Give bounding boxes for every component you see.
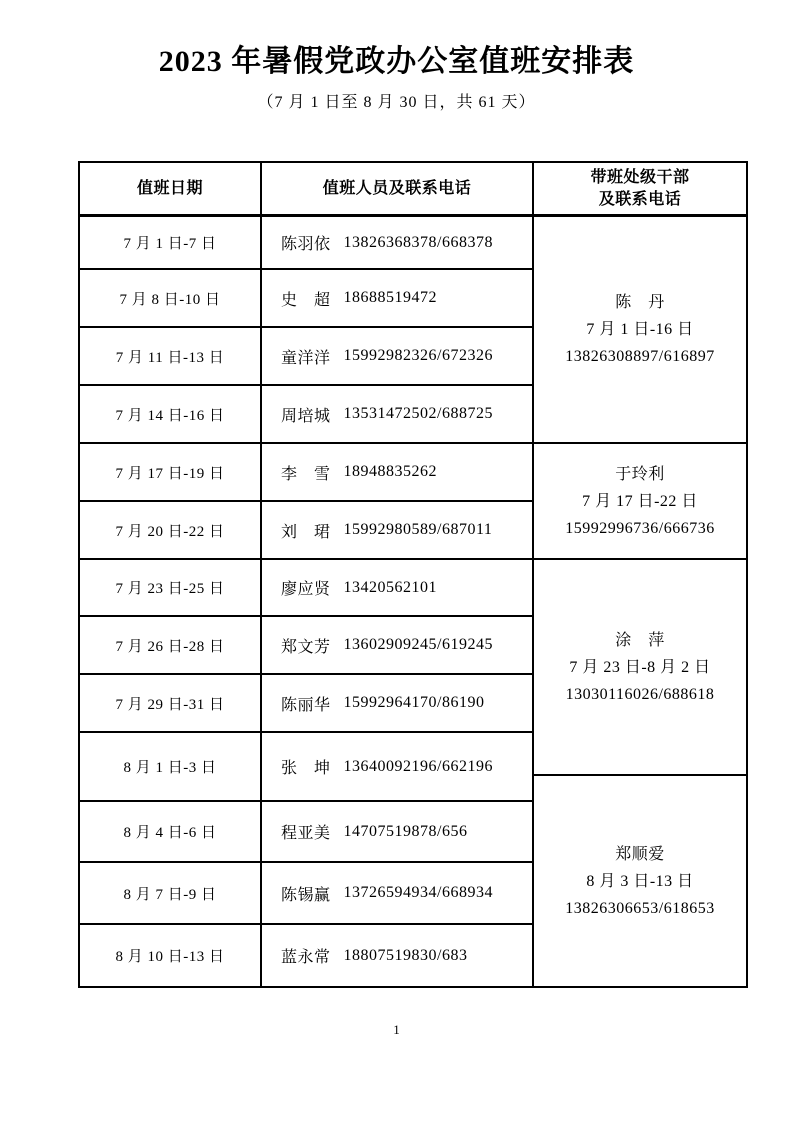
person-phone: 15992980589/687011: [344, 521, 493, 539]
person-cell: 陈锡赢 13726594934/668934: [262, 863, 532, 925]
page-number: 1: [0, 1022, 793, 1038]
header-supervisor-line2: 及联系电话: [599, 189, 682, 211]
column-duty-date: 值班日期 7 月 1 日-7 日 7 月 8 日-10 日 7 月 11 日-1…: [80, 163, 262, 986]
header-supervisor: 带班处级干部 及联系电话: [534, 163, 746, 217]
date-cell: 7 月 26 日-28 日: [80, 617, 260, 675]
person-name: 蓝永常: [281, 944, 331, 967]
person-cell: 刘 珺 15992980589/687011: [262, 502, 532, 560]
date-cell: 7 月 17 日-19 日: [80, 444, 260, 502]
person-phone: 18807519830/683: [344, 947, 468, 965]
header-supervisor-line1: 带班处级干部: [590, 167, 689, 189]
supervisor-cell: 郑顺爱 8 月 3 日-13 日 13826306653/618653: [534, 776, 746, 986]
date-cell: 8 月 4 日-6 日: [80, 802, 260, 863]
person-phone: 14707519878/656: [344, 823, 468, 841]
column-duty-person: 值班人员及联系电话 陈羽依 13826368378/668378 史 超 186…: [262, 163, 534, 986]
person-phone: 13602909245/619245: [344, 636, 493, 654]
person-name: 陈羽依: [281, 231, 331, 254]
supervisor-dates: 8 月 3 日-13 日: [586, 868, 693, 895]
person-name: 郑文芳: [281, 634, 331, 657]
supervisor-dates: 7 月 1 日-16 日: [586, 316, 693, 343]
supervisor-dates: 7 月 23 日-8 月 2 日: [569, 654, 710, 681]
supervisor-phone: 15992996736/666736: [565, 515, 714, 542]
supervisor-phone: 13030116026/688618: [566, 681, 715, 708]
supervisor-cell: 涂 萍 7 月 23 日-8 月 2 日 13030116026/688618: [534, 560, 746, 776]
header-duty-person: 值班人员及联系电话: [262, 163, 532, 217]
person-phone: 13420562101: [344, 579, 438, 597]
supervisor-name: 于玲利: [615, 461, 665, 488]
supervisor-cell: 于玲利 7 月 17 日-22 日 15992996736/666736: [534, 444, 746, 560]
person-cell: 蓝永常 18807519830/683: [262, 925, 532, 986]
person-name: 周培城: [281, 403, 331, 426]
document-page: 2023 年暑假党政办公室值班安排表 （7 月 1 日至 8 月 30 日，共 …: [0, 0, 793, 1122]
date-cell: 7 月 11 日-13 日: [80, 328, 260, 386]
date-cell: 8 月 1 日-3 日: [80, 733, 260, 802]
person-cell: 廖应贤 13420562101: [262, 560, 532, 617]
date-cell: 7 月 8 日-10 日: [80, 270, 260, 328]
person-cell: 周培城 13531472502/688725: [262, 386, 532, 444]
person-cell: 李 雪 18948835262: [262, 444, 532, 502]
supervisor-dates: 7 月 17 日-22 日: [582, 488, 698, 515]
date-cell: 7 月 14 日-16 日: [80, 386, 260, 444]
person-cell: 张 坤 13640092196/662196: [262, 733, 532, 802]
person-phone: 13726594934/668934: [344, 884, 493, 902]
person-name: 张 坤: [281, 755, 331, 778]
person-name: 程亚美: [281, 820, 331, 843]
person-phone: 13531472502/688725: [344, 405, 493, 423]
person-name: 廖应贤: [281, 576, 331, 599]
date-cell: 7 月 29 日-31 日: [80, 675, 260, 733]
person-name: 刘 珺: [281, 519, 331, 542]
date-cell: 7 月 1 日-7 日: [80, 217, 260, 270]
person-cell: 童洋洋 15992982326/672326: [262, 328, 532, 386]
supervisor-cell: 陈 丹 7 月 1 日-16 日 13826308897/616897: [534, 217, 746, 444]
supervisor-name: 郑顺爱: [615, 841, 665, 868]
person-name: 童洋洋: [281, 345, 331, 368]
header-duty-date: 值班日期: [80, 163, 260, 217]
person-cell: 史 超 18688519472: [262, 270, 532, 328]
supervisor-phone: 13826308897/616897: [565, 343, 714, 370]
person-phone: 13640092196/662196: [344, 758, 493, 776]
person-phone: 18688519472: [344, 289, 438, 307]
supervisor-name: 涂 萍: [615, 627, 665, 654]
person-cell: 陈羽依 13826368378/668378: [262, 217, 532, 270]
page-title: 2023 年暑假党政办公室值班安排表: [0, 36, 793, 80]
date-cell: 7 月 23 日-25 日: [80, 560, 260, 617]
date-cell: 8 月 10 日-13 日: [80, 925, 260, 986]
person-name: 史 超: [281, 287, 331, 310]
person-cell: 程亚美 14707519878/656: [262, 802, 532, 863]
duty-schedule-table: 值班日期 7 月 1 日-7 日 7 月 8 日-10 日 7 月 11 日-1…: [78, 161, 748, 988]
person-name: 陈丽华: [281, 692, 331, 715]
person-cell: 郑文芳 13602909245/619245: [262, 617, 532, 675]
person-phone: 15992964170/86190: [344, 694, 485, 712]
person-phone: 18948835262: [344, 463, 438, 481]
supervisor-name: 陈 丹: [615, 289, 665, 316]
person-name: 陈锡赢: [281, 882, 331, 905]
person-name: 李 雪: [281, 461, 331, 484]
person-phone: 15992982326/672326: [344, 347, 493, 365]
person-cell: 陈丽华 15992964170/86190: [262, 675, 532, 733]
supervisor-phone: 13826306653/618653: [565, 895, 714, 922]
date-cell: 7 月 20 日-22 日: [80, 502, 260, 560]
date-cell: 8 月 7 日-9 日: [80, 863, 260, 925]
page-subtitle: （7 月 1 日至 8 月 30 日，共 61 天）: [0, 89, 793, 112]
column-supervisor: 带班处级干部 及联系电话 陈 丹 7 月 1 日-16 日 1382630889…: [534, 163, 746, 986]
person-phone: 13826368378/668378: [344, 234, 493, 252]
